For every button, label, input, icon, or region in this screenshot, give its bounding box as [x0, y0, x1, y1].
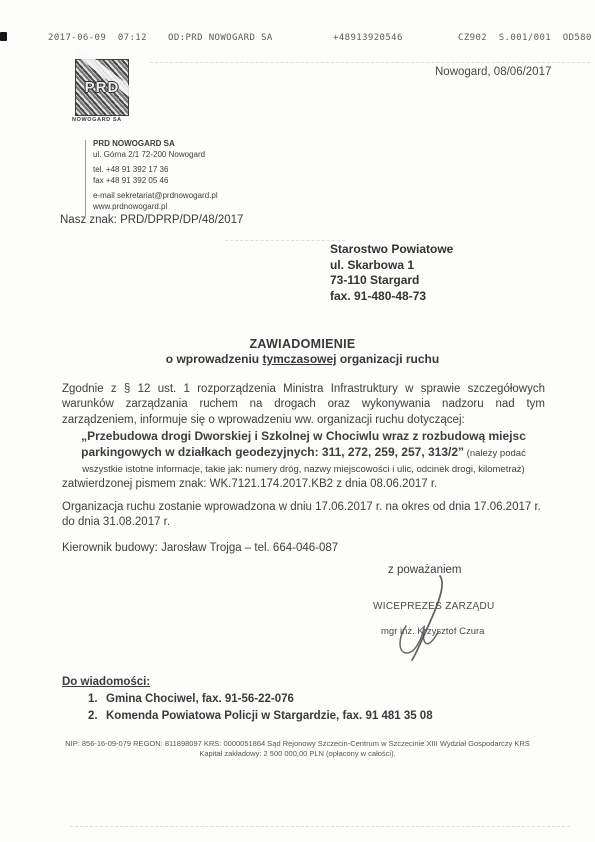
- fax-header-datetime: 2017-06-09 07:12: [48, 33, 147, 43]
- cc-item-number: 2.: [88, 710, 98, 722]
- logo-caption: NOWOGARD SA: [72, 117, 122, 123]
- title-main: ZAWIADOMIENIE: [60, 337, 545, 351]
- reference-number-line: Nasz znak: PRD/DPRP/DP/48/2017: [60, 214, 243, 226]
- title-subtitle-underlined: tymczasowej: [262, 352, 336, 366]
- sender-tel: tel. +48 91 392 17 36: [93, 165, 218, 176]
- sender-email: e-mail sekretariat@prdnowogard.pl: [93, 191, 218, 202]
- cc-item-text: Gmina Chociwel, fax. 91-56-22-076: [106, 693, 294, 705]
- cc-heading: Do wiadomości:: [62, 676, 150, 688]
- fax-header-number: +48913920546: [333, 33, 403, 43]
- scan-artifact-line: [150, 62, 590, 64]
- sender-website: www.prdnowogard.pl: [93, 202, 218, 213]
- cc-item-number: 1.: [88, 693, 98, 705]
- title-subtitle: o wprowadzeniu tymczasowej organizacji r…: [60, 352, 545, 366]
- scan-artifact-line: [225, 240, 345, 242]
- body-paragraph-2: Organizacja ruchu zostanie wprowadzona w…: [62, 500, 545, 531]
- title-subtitle-suffix: organizacji ruchu: [337, 352, 440, 366]
- recipient-city: 73-110 Stargard: [330, 273, 453, 289]
- footer-registry-line: NIP: 856-16-09-079 REGON: 811898097 KRS:…: [45, 739, 550, 749]
- recipient-street: ul. Skarbowa 1: [330, 258, 453, 274]
- cc-item-text: Komenda Powiatowa Policji w Stargardzie,…: [106, 710, 433, 722]
- body-paragraph-1: Zgodnie z § 12 ust. 1 rozporządzenia Min…: [62, 382, 545, 428]
- recipient-block: Starostwo Powiatowe ul. Skarbowa 1 73-11…: [330, 242, 453, 304]
- place-date-line: Nowogard, 08/06/2017: [435, 66, 551, 78]
- fax-header-sender: OD:PRD NOWOGARD SA: [168, 33, 273, 43]
- prd-logo: PRD: [75, 59, 129, 116]
- sender-block-rule: [85, 140, 86, 216]
- sender-address: ul. Górna 2/1 72-200 Nowogard: [93, 150, 218, 161]
- recipient-name: Starostwo Powiatowe: [330, 242, 453, 258]
- approval-reference-line: zatwierdzonej pismem znak: WK.7121.174.2…: [62, 477, 545, 492]
- handwritten-signature: [388, 570, 478, 665]
- project-title-bold: „Przebudowa drogi Dworskiej i Szkolnej w…: [81, 429, 526, 459]
- recipient-fax: fax. 91-480-48-73: [330, 289, 453, 305]
- footer-capital-line: Kapitał zakładowy: 2 500 000,00 PLN (opł…: [45, 749, 550, 759]
- sender-fax: fax +48 91 392 05 46: [93, 176, 218, 187]
- fax-header-codes: CZ902 S.001/001 OD580: [458, 33, 592, 43]
- logo-text: PRD: [85, 79, 120, 96]
- scan-artifact-line: [70, 826, 570, 828]
- site-manager-line: Kierownik budowy: Jarosław Trojga – tel.…: [62, 541, 545, 556]
- document-title: ZAWIADOMIENIE o wprowadzeniu tymczasowej…: [60, 337, 545, 366]
- scanned-fax-letter: 2017-06-09 07:12 OD:PRD NOWOGARD SA +489…: [0, 0, 595, 842]
- sender-block: PRD NOWOGARD SA ul. Górna 2/1 72-200 Now…: [93, 139, 218, 212]
- title-subtitle-prefix: o wprowadzeniu: [166, 352, 263, 366]
- project-description: „Przebudowa drogi Dworskiej i Szkolnej w…: [62, 429, 545, 477]
- sender-name: PRD NOWOGARD SA: [93, 139, 218, 150]
- company-registry-footer: NIP: 856-16-09-079 REGON: 811898097 KRS:…: [45, 739, 550, 758]
- scan-edge-mark: [0, 32, 7, 41]
